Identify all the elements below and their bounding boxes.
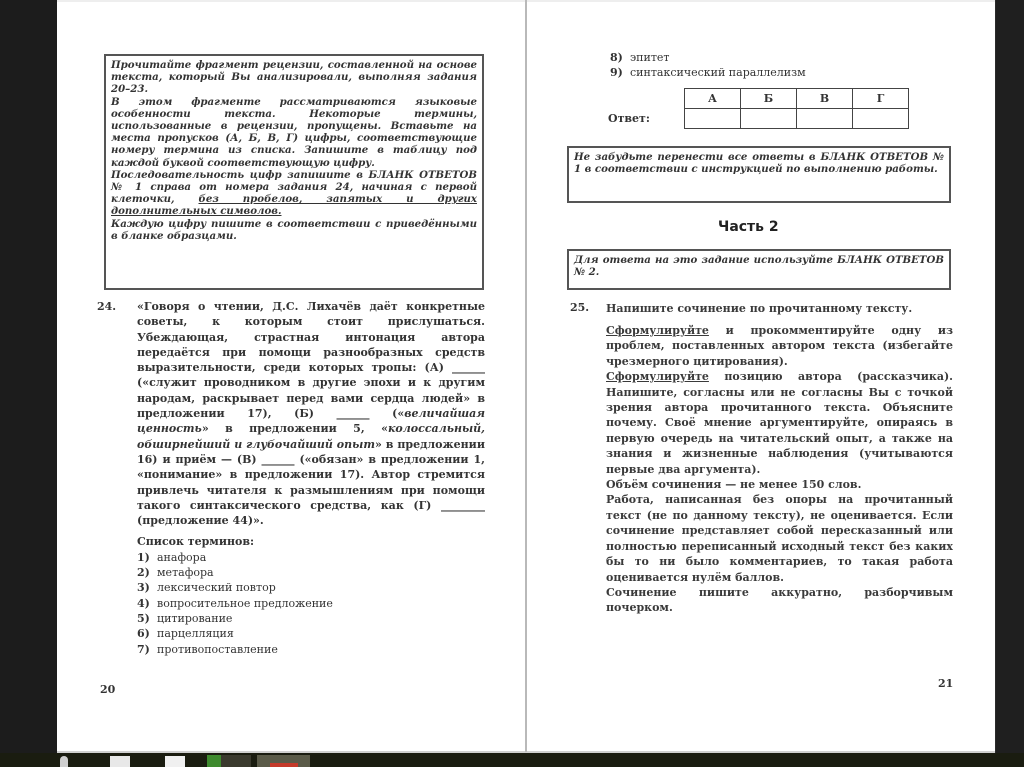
instruction-paragraph: В этом фрагменте рассматриваются языковы… — [111, 96, 477, 169]
taskbar-item-4b[interactable] — [221, 755, 251, 767]
answer-cell-a[interactable] — [685, 109, 741, 129]
answer-label: Ответ: — [608, 112, 650, 125]
term-item: 8)эпитет — [610, 50, 910, 65]
terms-list-continued: 8)эпитет 9)синтаксический параллелизм — [610, 50, 910, 81]
instruction-paragraph: Каждую цифру пишите в соответствии с при… — [111, 218, 477, 242]
answer-cell-g[interactable] — [853, 109, 909, 129]
answer-header-v: В — [797, 89, 853, 109]
reminder-box: Не забудьте перенести все ответы в БЛАНК… — [567, 146, 951, 203]
viewer-scrollbar[interactable] — [995, 0, 1024, 753]
page-number-left: 20 — [100, 683, 115, 696]
task-number: 25. — [570, 301, 589, 314]
instruction-paragraph: Последовательность цифр запишите в БЛАНК… — [111, 169, 477, 218]
answer-cell-b[interactable] — [741, 109, 797, 129]
task-number: 24. — [97, 299, 116, 314]
term-item: 5)цитирование — [137, 611, 485, 626]
answer-header-a: А — [685, 89, 741, 109]
term-item: 4)вопросительное предложение — [137, 596, 485, 611]
term-item: 2)метафора — [137, 565, 485, 580]
term-item: 6)парцелляция — [137, 626, 485, 641]
answer-cell-v[interactable] — [797, 109, 853, 129]
page-gutter — [525, 0, 527, 752]
answer-header-b: Б — [741, 89, 797, 109]
taskbar-item-2[interactable] — [110, 756, 130, 767]
taskbar-item-5-accent — [270, 763, 298, 767]
task-25-title: Напишите сочинение по прочитанному текст… — [606, 301, 953, 316]
part2-instruction-box: Для ответа на это задание используйте БЛ… — [567, 249, 951, 290]
page-number-right: 21 — [938, 677, 953, 690]
instruction-box: Прочитайте фрагмент рецензии, составленн… — [104, 54, 484, 290]
term-item: 3)лексический повтор — [137, 580, 485, 595]
taskbar-item-1[interactable] — [60, 756, 68, 767]
taskbar — [0, 753, 1024, 767]
terms-title: Список терминов: — [137, 535, 254, 548]
answer-header-g: Г — [853, 89, 909, 109]
task-25-text: Сформулируйте и прокомментируйте одну из… — [606, 323, 953, 616]
terms-list: Список терминов: 1)анафора 2)метафора 3)… — [137, 534, 485, 656]
instruction-paragraph: Прочитайте фрагмент рецензии, составленн… — [111, 59, 477, 96]
taskbar-item-3[interactable] — [165, 756, 185, 767]
term-item: 9)синтаксический параллелизм — [610, 65, 910, 80]
viewer-left-margin — [0, 0, 57, 753]
term-item: 7)противопоставление — [137, 642, 485, 657]
task-24-text: «Говоря о чтении, Д.С. Лихачёв даёт конк… — [137, 299, 485, 657]
taskbar-item-4[interactable] — [207, 755, 221, 767]
part-title: Часть 2 — [718, 219, 779, 235]
term-item: 1)анафора — [137, 550, 485, 565]
answer-table: А Б В Г — [684, 88, 909, 129]
